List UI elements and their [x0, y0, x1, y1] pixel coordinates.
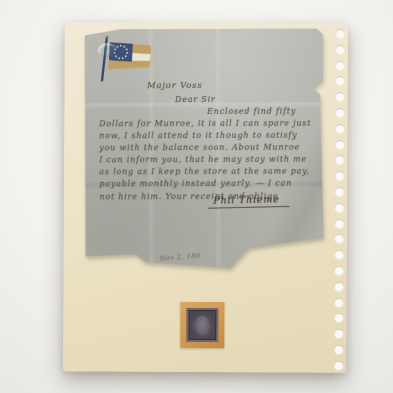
punch-hole [336, 60, 345, 69]
punch-hole [335, 266, 344, 275]
flag-star [126, 48, 128, 50]
punch-hole [335, 108, 344, 117]
confederate-flag-icon [97, 33, 159, 87]
letter-opening-line: Enclosed find fifty [207, 107, 296, 116]
flag-pole-finial [106, 36, 109, 39]
punch-hole [334, 313, 343, 322]
letter-greeting: Dear Sir [175, 95, 216, 104]
binder-holes [334, 29, 346, 370]
letter-signature: Phil Thieme [207, 194, 289, 209]
letter-docket-note: Nov 2, 186 [159, 252, 200, 263]
letter-body-line: payable monthly instead yearly. — I can [99, 178, 311, 191]
punch-hole [336, 44, 345, 53]
punch-hole [335, 250, 344, 259]
flag-star [120, 45, 122, 47]
letter-body-line: as long as I keep the store at the same … [99, 166, 311, 179]
stamp-mount [180, 302, 224, 348]
letter-body-line: now, I shall attend to it though to sati… [99, 130, 311, 143]
punch-hole [335, 171, 344, 180]
postage-stamp [186, 308, 218, 342]
flag-star [122, 57, 124, 59]
punch-hole [335, 123, 344, 132]
punch-hole [334, 345, 343, 354]
flag-star [123, 46, 125, 48]
punch-hole [335, 187, 344, 196]
punch-hole [335, 218, 344, 227]
punch-hole [336, 76, 345, 85]
flag-star [115, 55, 117, 57]
letter-body: Dollars for Munroe, it is all I can spar… [99, 118, 311, 203]
punch-hole [334, 297, 343, 306]
letter-document: Major Voss Dear Sir Enclosed find fifty … [83, 29, 324, 280]
letter-body-line: you with the balance soon. About Munroe [99, 142, 311, 155]
punch-hole [336, 92, 345, 101]
stamp-portrait-oval [195, 316, 209, 335]
flag-star [125, 55, 127, 57]
punch-hole [334, 329, 343, 338]
punch-hole [335, 234, 344, 243]
letter-paper: Major Voss Dear Sir Enclosed find fifty … [83, 29, 324, 280]
letter-body-line: I can inform you, that he may stay with … [99, 154, 311, 167]
letter-body-line: Dollars for Munroe, it is all I can spar… [99, 118, 311, 131]
embossed-seal [98, 43, 117, 57]
flag-star [116, 46, 118, 48]
album-page: Major Voss Dear Sir Enclosed find fifty … [63, 22, 348, 372]
punch-hole [335, 281, 344, 290]
punch-hole [335, 139, 344, 148]
punch-hole [335, 155, 344, 164]
punch-hole [336, 29, 345, 38]
punch-hole [334, 360, 343, 369]
flag-star [126, 52, 128, 54]
photo-background: Major Voss Dear Sir Enclosed find fifty … [0, 0, 393, 393]
punch-hole [335, 202, 344, 211]
flag-star [118, 57, 120, 59]
